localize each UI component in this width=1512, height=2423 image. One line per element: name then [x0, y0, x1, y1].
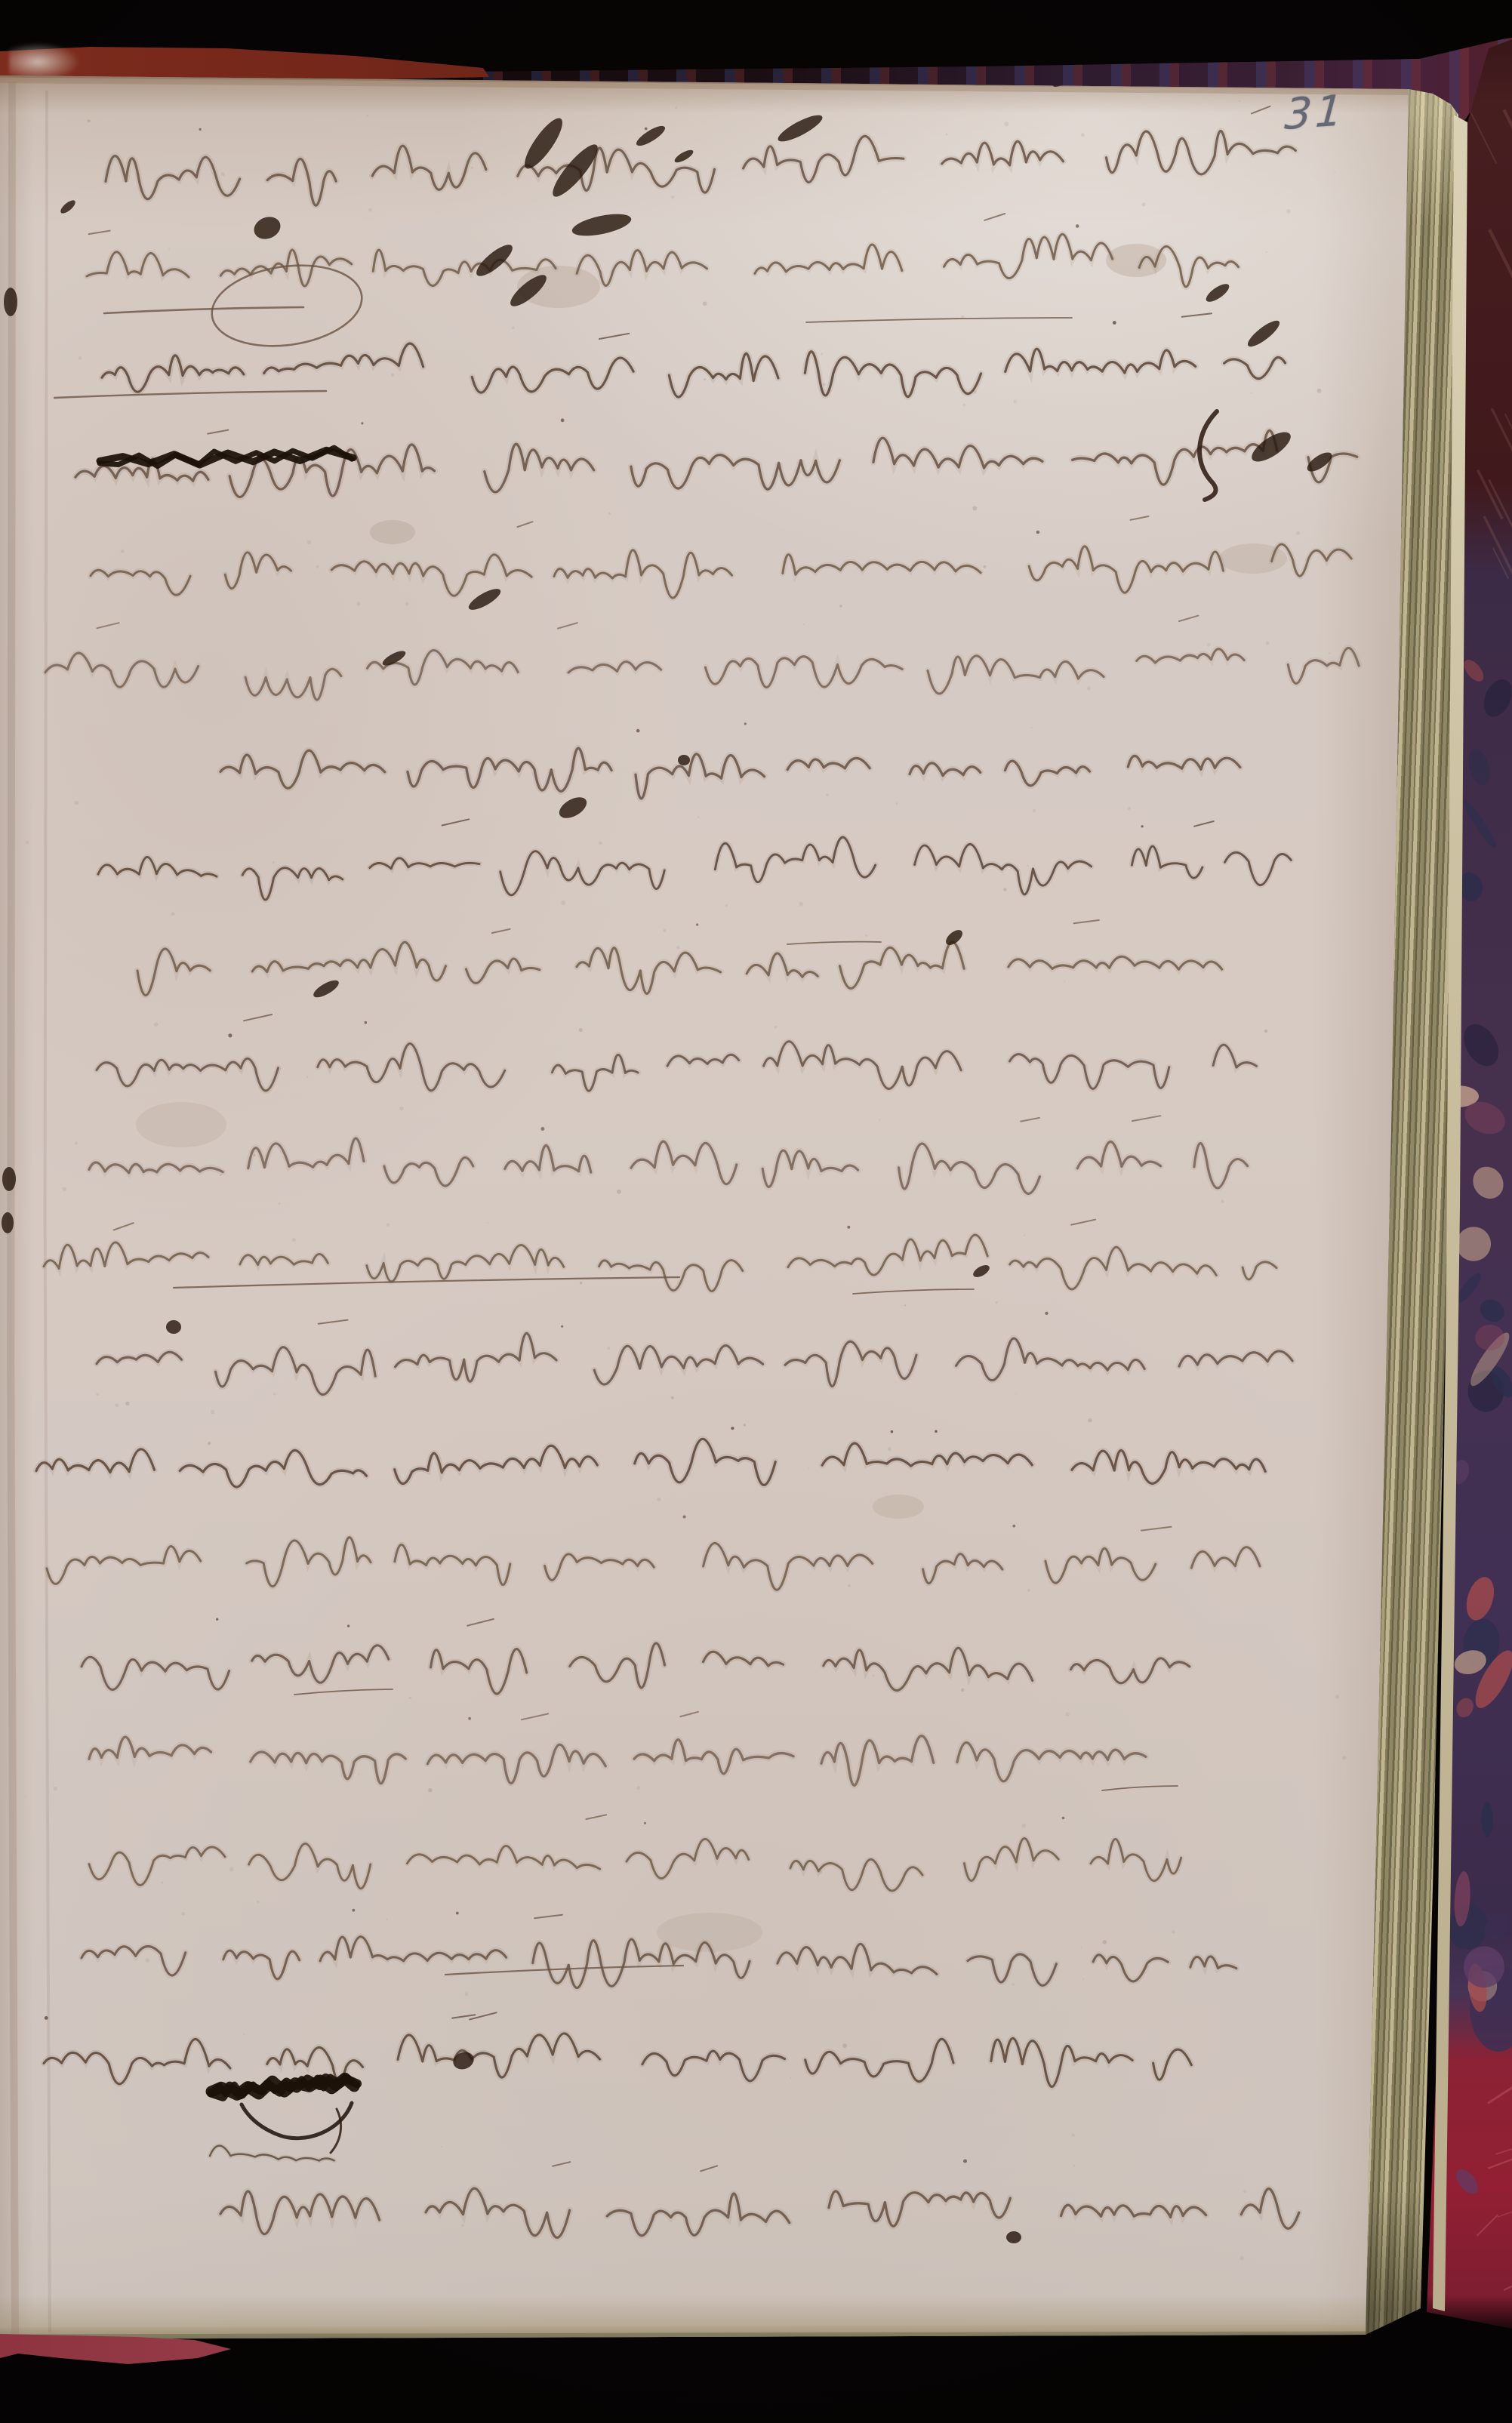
page-number: 31: [1283, 90, 1347, 137]
handwriting-ink-layer: [0, 0, 1512, 2423]
cover-fuzz: [9, 42, 81, 82]
notebook-page: 31: [0, 0, 1512, 2423]
photo-canvas: 31: [0, 0, 1512, 2423]
